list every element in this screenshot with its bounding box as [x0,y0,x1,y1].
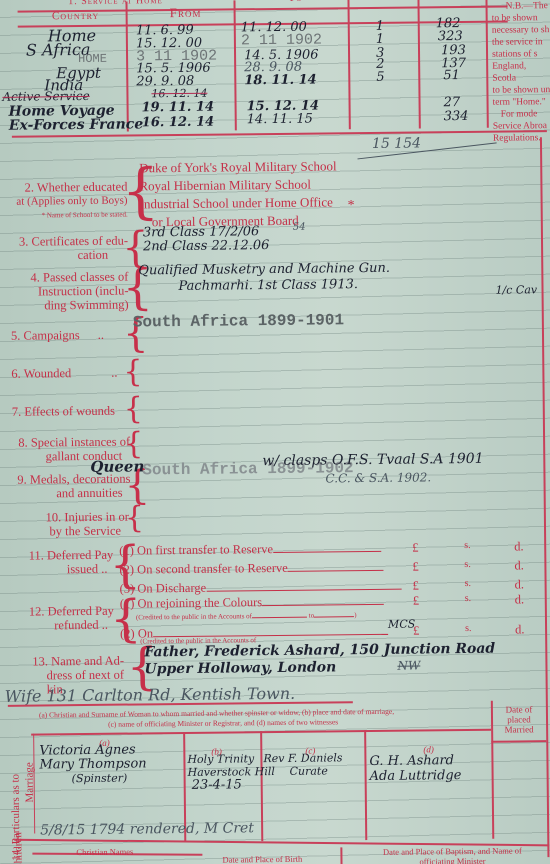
brace: { [125,503,144,533]
col-header-birth: Date and Place of Birth [222,852,302,864]
struck-postcode: NW [397,658,420,672]
col-divider [125,2,128,132]
col-divider [347,0,350,129]
instruction-value: Qualified Musketry and Machine Gun. Pach… [138,261,390,296]
row-country-struck: Active Service [2,89,89,104]
col-divider [364,730,367,840]
col-header-to: To [245,0,345,4]
col-header-baptism: Date and Place of Baptism, and Name of o… [372,845,532,864]
medals-value-line-2: C.C. & S.A. 1902. [325,470,431,485]
col-divider [340,847,342,864]
field-label-certificates: 3. Certificates of edu- cation [10,234,128,263]
row-years: 1 [376,32,384,47]
field-label-medals: 9. Medals, decorations and annuities [12,472,130,501]
children-side-label: Children [12,841,24,864]
brace: { [124,394,143,424]
row-to: 14. 11. 15 [247,112,313,128]
brace: { [123,357,142,387]
col-divider [233,0,236,130]
field-label-deferred-issued: 11. Deferred Pay issued .. [11,548,113,577]
next-of-kin-value: Father, Frederick Ashard, 150 Junction R… [144,641,495,679]
field-label-campaigns: 5. Campaigns.. [11,328,104,343]
field-label-deferred-refunded: 12. Deferred Pay refunded .. [12,604,114,633]
marriage-minister: Rev F. Daniels Curate [263,751,342,778]
col-divider [417,0,420,128]
right-margin-line [540,137,549,857]
col-header-country: Country [26,10,126,23]
col-header-years: Years [350,0,420,3]
col-header-from: From [136,4,236,21]
margin-note: 54 [293,222,306,233]
medal-prefix: Queen [90,457,144,476]
row-days: 323 [438,29,463,44]
school-marker: * [348,199,355,213]
row-days: 334 [444,109,469,124]
medals-value-line-1: w/ clasps O.F.S. Tvaal S.A 1901 [262,451,483,469]
marriage-footer-note: 5/8/15 1794 rendered, M Cret [40,820,254,838]
service-record-page: 1. Service at Home Country From To Years… [0,0,550,864]
total-service-note: 15 154 [372,135,421,152]
row-country: Ex-Forces France [9,116,144,133]
marriage-instructions-c: (c) name of officiating Minister or Regi… [108,717,338,728]
field-label-effects-of-wounds: 7. Effects of wounds [12,404,115,419]
row-years: 5 [376,70,384,85]
row-from-struck: 16. 12. 14 [151,87,207,101]
deferred-issued-items: (1) On first transfer to Reserve£s.d. (2… [119,539,530,600]
col-header-days: Days [425,0,485,2]
field-label-injuries: 10. Injuries in or by the Service [11,510,129,539]
brace: { [124,429,143,459]
row-days: 51 [443,68,460,83]
date-placed-header: Date of placed Married [494,704,544,735]
margin-note: 1/c Cav [495,283,537,296]
certificates-value: 3rd Class 17/2/06 2nd Class 22.12.06 [143,225,270,254]
row-from: 19. 11. 14 [142,100,215,116]
marriage-bride: Victoria Agnes Mary Thompson (Spinster) [39,743,147,786]
row-from: 16. 12. 14 [142,115,215,131]
marriage-witnesses: G. H. Ashard Ada Luttridge [369,753,461,784]
col-header-christian-names: Christian Names [76,845,133,860]
row-days: 27 [443,95,460,110]
nb-note: N.B.—The to be shown necessary to sh the… [491,0,550,145]
marriage-instructions-a: (a) Christian and Surname of Woman to wh… [39,707,394,720]
field-label-education: 2. Whether educated at (Applies only to … [9,180,127,223]
divider [491,740,546,742]
field-label-instruction: 4. Passed classes of Instruction (inclu-… [10,270,128,313]
school-options: Duke of York's Royal Military School Roy… [139,157,337,231]
campaigns-stamp: South Africa 1899-1901 [133,311,344,331]
row-to: 18. 11. 14 [244,73,317,89]
marriage-place-date: Holy Trinity Haverstock Hill 23-4-15 [187,752,275,792]
col-divider [485,0,488,128]
field-label-wounded: 6. Wounded.. [11,366,117,381]
